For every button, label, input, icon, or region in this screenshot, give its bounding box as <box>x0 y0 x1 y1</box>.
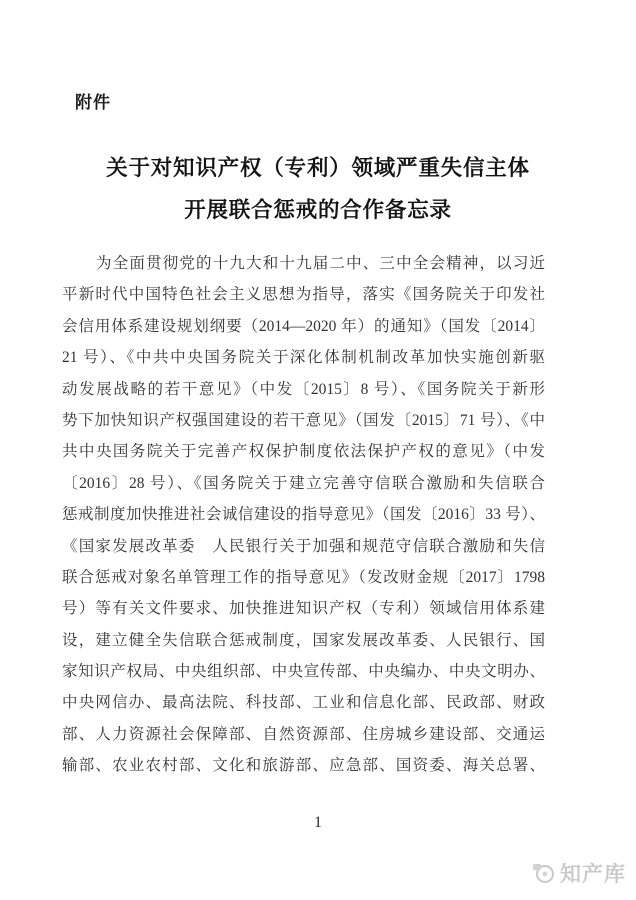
body-line: 中央网信办、最高法院、科技部、工业和信息化部、民政部、财政 <box>62 687 545 718</box>
title-line-1: 关于对知识产权（专利）领域严重失信主体 <box>0 147 636 189</box>
body-line: 家知识产权局、中央组织部、中央宣传部、中央编办、中央文明办、 <box>62 656 545 687</box>
title-line-2: 开展联合惩戒的合作备忘录 <box>0 189 636 231</box>
page-number: 1 <box>0 814 636 832</box>
body-line: 动发展战略的若干意见》（中发〔2015〕8 号）、《国务院关于新形 <box>62 374 545 405</box>
document-title: 关于对知识产权（专利）领域严重失信主体 开展联合惩戒的合作备忘录 <box>0 147 636 231</box>
body-line: 联合惩戒对象名单管理工作的指导意见》（发改财金规〔2017〕1798 <box>62 562 545 593</box>
body-line: 号）等有关文件要求、加快推进知识产权（专利）领域信用体系建 <box>62 593 545 624</box>
body-line: 部、人力资源社会保障部、自然资源部、住房城乡建设部、交通运 <box>62 719 545 750</box>
body-line: 惩戒制度加快推进社会诚信建设的指导意见》（国发〔2016〕33 号）、 <box>62 499 545 530</box>
body-line: 为全面贯彻党的十九大和十九届二中、三中全会精神，以习近 <box>62 248 545 279</box>
body-line: 输部、农业农村部、文化和旅游部、应急部、国资委、海关总署、 <box>62 750 545 781</box>
watermark-text: 知产库 <box>560 858 626 888</box>
document-page: 附件 关于对知识产权（专利）领域严重失信主体 开展联合惩戒的合作备忘录 为全面贯… <box>0 0 636 900</box>
body-line: 《国家发展改革委 人民银行关于加强和规范守信联合激励和失信 <box>62 531 545 562</box>
body-line: 21 号）、《中共中央国务院关于深化体制机制改革加快实施创新驱 <box>62 342 545 373</box>
document-body-paragraph: 为全面贯彻党的十九大和十九届二中、三中全会精神，以习近 平新时代中国特色社会主义… <box>62 248 545 782</box>
body-line: 势下加快知识产权强国建设的若干意见》（国发〔2015〕71 号）、《中 <box>62 405 545 436</box>
body-line: 共中央国务院关于完善产权保护制度依法保护产权的意见》（中发 <box>62 436 545 467</box>
attachment-label: 附件 <box>75 88 111 113</box>
body-line: 设，建立健全失信联合惩戒制度，国家发展改革委、人民银行、国 <box>62 625 545 656</box>
zhichanku-logo-icon <box>532 861 556 885</box>
body-line: 平新时代中国特色社会主义思想为指导，落实《国务院关于印发社 <box>62 279 545 310</box>
body-line: 〔2016〕28 号）、《国务院关于建立完善守信联合激励和失信联合 <box>62 468 545 499</box>
watermark: 知产库 <box>532 858 626 888</box>
body-line: 会信用体系建设规划纲要（2014—2020 年）的通知》（国发〔2014〕 <box>62 311 545 342</box>
